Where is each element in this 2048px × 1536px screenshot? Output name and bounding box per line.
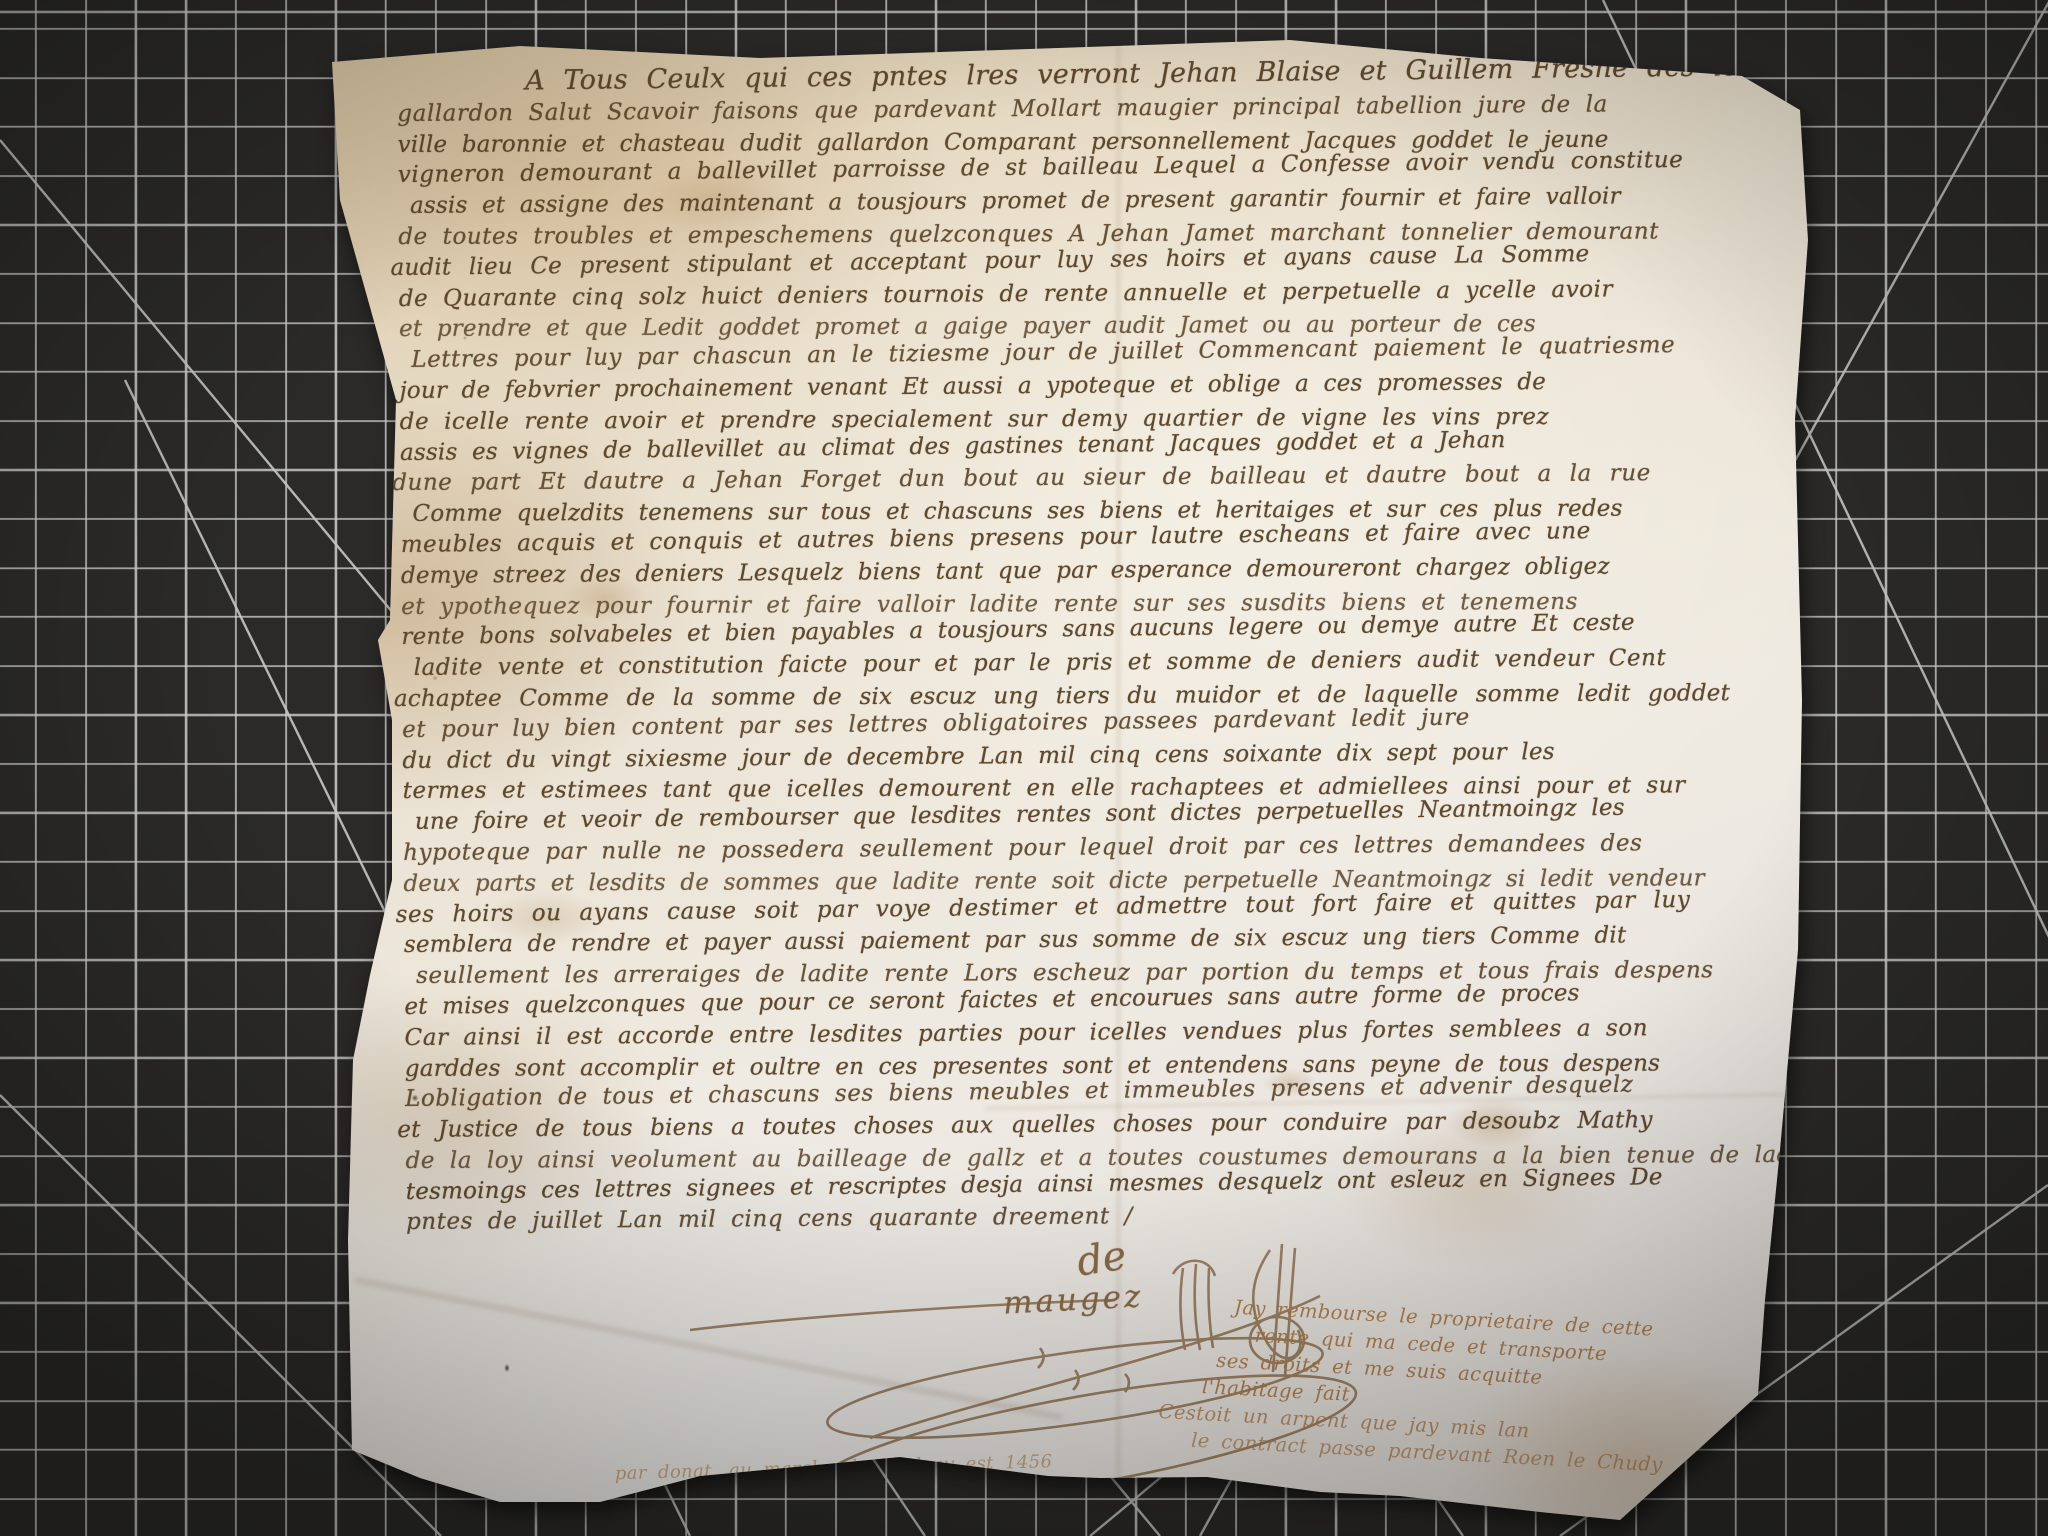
main-text-block: A Tous Ceulx qui ces pntes lres verront … xyxy=(397,57,1766,1238)
parchment-document: A Tous Ceulx qui ces pntes lres verront … xyxy=(285,38,1815,1533)
photo-stage: A Tous Ceulx qui ces pntes lres verront … xyxy=(0,0,2048,1536)
parchment-wrapper: A Tous Ceulx qui ces pntes lres verront … xyxy=(285,38,1815,1533)
notary-signature: maugez xyxy=(1002,1278,1144,1321)
signature-word: de xyxy=(1074,1232,1130,1285)
